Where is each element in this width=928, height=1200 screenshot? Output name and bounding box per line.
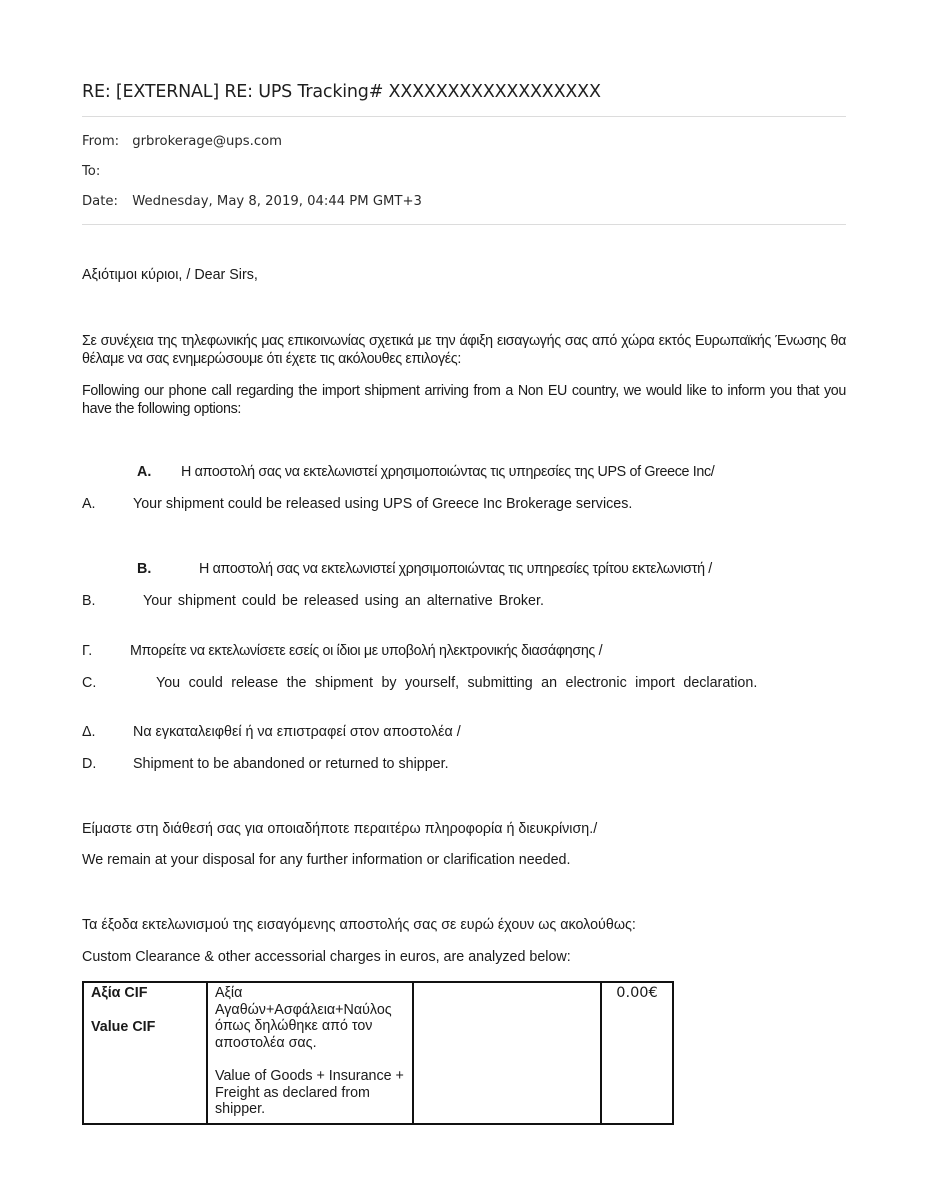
cif-description-english: Value of Goods + Insurance + Freight as … — [215, 1068, 404, 1117]
cif-description-cell: Αξία Αγαθών+Ασφάλεια+Ναύλος όπως δηλώθηκ… — [207, 982, 413, 1124]
to-row: To: — [82, 164, 128, 179]
header-divider-bottom — [82, 224, 846, 225]
cif-label-cell: Αξία CIF Value CIF — [83, 982, 207, 1124]
charges-table: Αξία CIF Value CIF Αξία Αγαθών+Ασφάλεια+… — [82, 981, 674, 1125]
date-label: Date: — [82, 194, 128, 209]
cif-description-greek: Αξία Αγαθών+Ασφάλεια+Ναύλος όπως δηλώθηκ… — [215, 985, 392, 1051]
greeting: Αξιότιμοι κύριοι, / Dear Sirs, — [82, 267, 258, 283]
option-d-english-text: Shipment to be abandoned or returned to … — [133, 756, 449, 772]
option-d-greek-mark: Δ. — [82, 724, 96, 740]
option-a-greek-mark: A. — [137, 464, 151, 480]
header-divider-top — [82, 116, 846, 117]
option-a-english-text: Your shipment could be released using UP… — [133, 496, 632, 512]
table-row: Αξία CIF Value CIF Αξία Αγαθών+Ασφάλεια+… — [83, 982, 673, 1124]
email-subject: RE: [EXTERNAL] RE: UPS Tracking# XXXXXXX… — [82, 82, 601, 102]
option-b-english-mark: B. — [82, 593, 96, 609]
disposal-greek: Είμαστε στη διάθεσή σας για οποιαδήποτε … — [82, 821, 597, 837]
cif-label-greek: Αξία CIF — [91, 985, 147, 1001]
cif-amount-cell: 0.00€ — [601, 982, 673, 1124]
option-b-english-text: Your shipment could be released using an… — [143, 593, 544, 609]
cif-label-english: Value CIF — [91, 1019, 199, 1036]
option-d-english-mark: D. — [82, 756, 96, 772]
option-d-greek-text: Να εγκαταλειφθεί ή να επιστραφεί στον απ… — [133, 724, 461, 740]
intro-english: Following our phone call regarding the i… — [82, 382, 846, 418]
disposal-english: We remain at your disposal for any furth… — [82, 852, 570, 868]
charges-intro-english: Custom Clearance & other accessorial cha… — [82, 949, 571, 965]
from-row: From: grbrokerage@ups.com — [82, 134, 282, 149]
option-b-greek-text: Η αποστολή σας να εκτελωνιστεί χρησιμοπο… — [199, 561, 712, 577]
from-label: From: — [82, 134, 128, 149]
option-a-greek-text: Η αποστολή σας να εκτελωνιστεί χρησιμοπο… — [181, 464, 714, 480]
option-c-english-mark: C. — [82, 675, 96, 691]
option-c-greek-text: Μπορείτε να εκτελωνίσετε εσείς οι ίδιοι … — [130, 643, 602, 659]
date-row: Date: Wednesday, May 8, 2019, 04:44 PM G… — [82, 194, 422, 209]
option-c-english-text: You could release the shipment by yourse… — [156, 675, 757, 691]
intro-greek: Σε συνέχεια της τηλεφωνικής μας επικοινω… — [82, 332, 846, 368]
cif-notes-cell — [413, 982, 601, 1124]
option-b-greek-mark: B. — [137, 561, 151, 577]
option-c-greek-mark: Γ. — [82, 643, 92, 659]
from-value[interactable]: grbrokerage@ups.com — [132, 134, 282, 149]
date-value: Wednesday, May 8, 2019, 04:44 PM GMT+3 — [132, 194, 422, 209]
charges-intro-greek: Τα έξοδα εκτελωνισμού της εισαγόμενης απ… — [82, 917, 636, 933]
option-a-english-mark: A. — [82, 496, 96, 512]
to-label: To: — [82, 164, 128, 179]
